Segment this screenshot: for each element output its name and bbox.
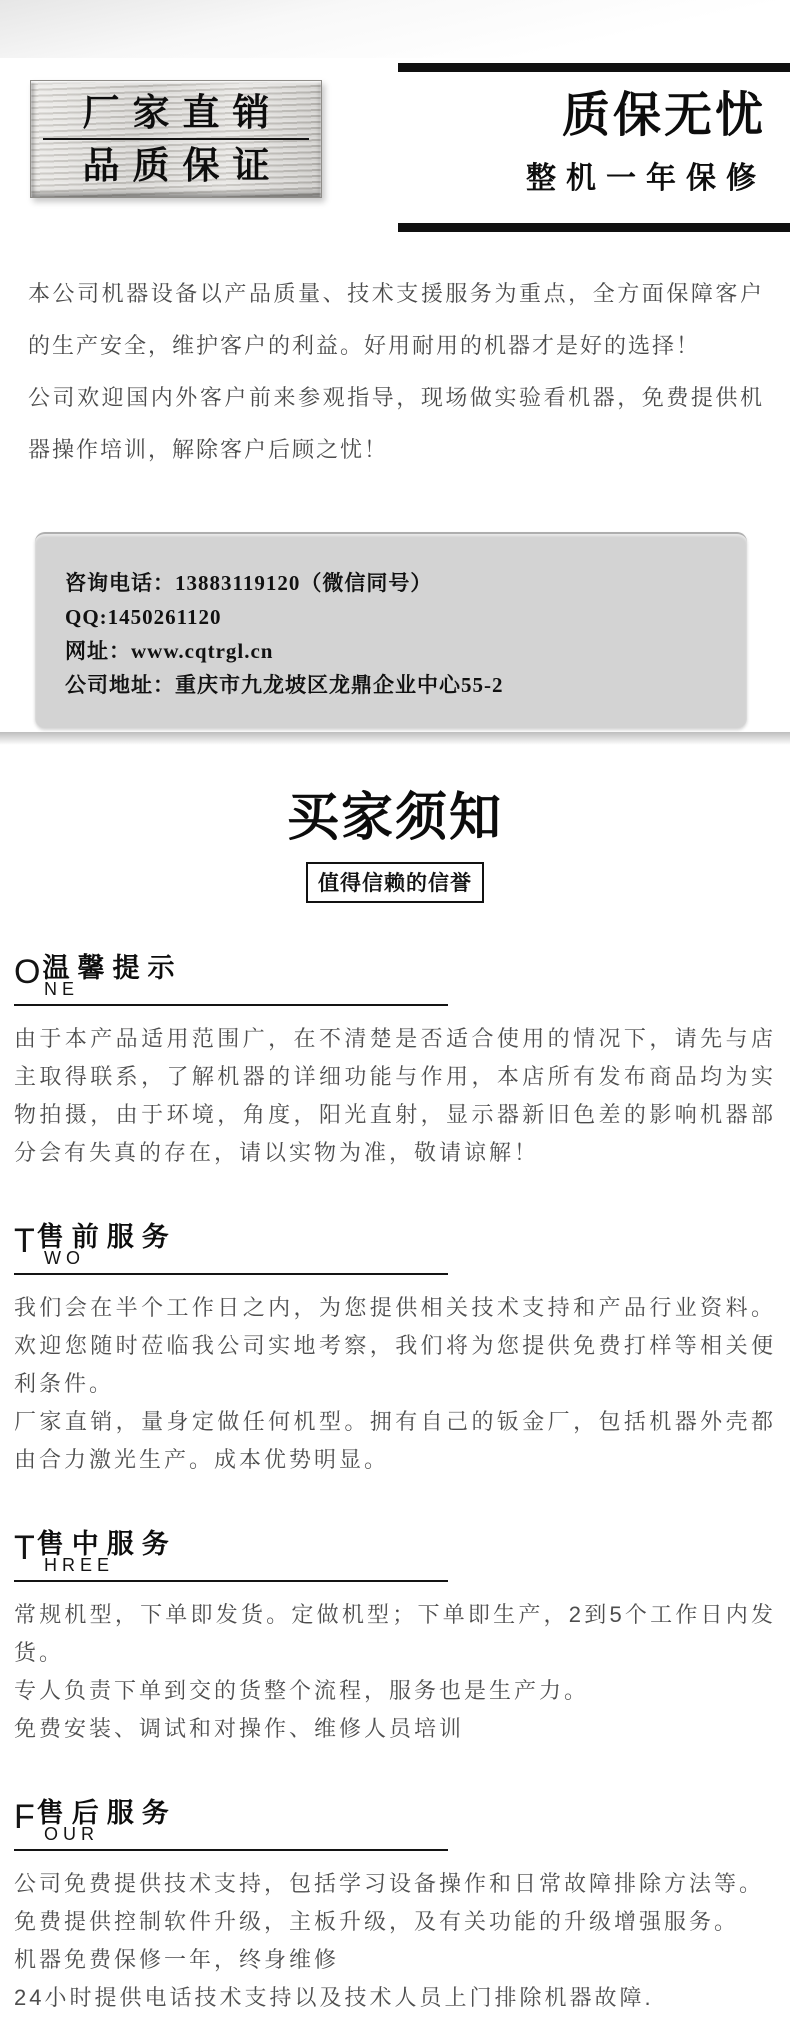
section-three-big-letter: T <box>14 1533 35 1563</box>
section-two-body: 我们会在半个工作日之内，为您提供相关技术支持和产品行业资料。欢迎您随时莅临我公司… <box>14 1289 776 1479</box>
service-sections: O 温馨提示 NE 由于本产品适用范围广，在不清楚是否适合使用的情况下，请先与店… <box>0 957 790 2017</box>
section-four-aftersale-service: F 售后服务 OUR 公司免费提供技术支持，包括学习设备操作和日常故障排除方法等… <box>14 1802 776 2017</box>
buyer-notice-header: 买家须知 值得信赖的信誉 <box>0 775 790 903</box>
badge-line-1: 厂家直销 <box>41 87 311 138</box>
intro-paragraph-2: 公司欢迎国内外客户前来参观指导，现场做实验看机器，免费提供机器操作培训，解除客户… <box>28 372 764 476</box>
section-four-underline <box>14 1849 448 1851</box>
buyer-notice-subtitle: 值得信赖的信誉 <box>306 862 484 903</box>
section-three-underline <box>14 1580 448 1582</box>
warranty-title: 质保无忧 <box>526 90 766 143</box>
section-two-title: 售前服务 <box>37 1222 177 1252</box>
section-one-title: 温馨提示 <box>42 953 182 983</box>
section-two-big-letter: T <box>14 1226 35 1256</box>
warranty-block: 质保无忧 整机一年保修 <box>526 90 766 197</box>
section-two-paragraph-1: 我们会在半个工作日之内，为您提供相关技术支持和产品行业资料。欢迎您随时莅临我公司… <box>14 1289 776 1403</box>
section-divider-shadow <box>0 732 790 745</box>
section-three-paragraph-2: 专人负责下单到交的货整个流程，服务也是生产力。 <box>14 1672 776 1710</box>
buyer-notice-title: 买家须知 <box>0 775 790 850</box>
contact-address: 公司地址：重庆市九龙坡区龙鼎企业中心55-2 <box>65 668 727 702</box>
section-four-header: F 售后服务 OUR <box>14 1802 776 1851</box>
contact-website: 网址：www.cqtrgl.cn <box>65 634 727 668</box>
section-one-warm-tips: O 温馨提示 NE 由于本产品适用范围广，在不清楚是否适合使用的情况下，请先与店… <box>14 957 776 1172</box>
header-bottom-bar <box>398 223 790 232</box>
section-three-paragraph-1: 常规机型，下单即发货。定做机型；下单即生产，2到5个工作日内发货。 <box>14 1596 776 1672</box>
section-four-big-letter: F <box>14 1802 35 1832</box>
section-four-title: 售后服务 <box>37 1798 177 1828</box>
badge-line-2: 品质保证 <box>41 140 311 191</box>
contact-phone: 咨询电话：13883119120（微信同号） <box>65 566 727 600</box>
section-three-midsale-service: T 售中服务 HREE 常规机型，下单即发货。定做机型；下单即生产，2到5个工作… <box>14 1533 776 1748</box>
header-banner: 厂家直销 品质保证 质保无忧 整机一年保修 <box>0 0 790 256</box>
company-intro: 本公司机器设备以产品质量、技术支援服务为重点，全方面保障客户的生产安全，维护客户… <box>0 268 790 476</box>
section-one-header: O 温馨提示 NE <box>14 957 776 1006</box>
section-two-presale-service: T 售前服务 WO 我们会在半个工作日之内，为您提供相关技术支持和产品行业资料。… <box>14 1226 776 1479</box>
metal-badge: 厂家直销 品质保证 <box>30 80 322 198</box>
intro-paragraph-1: 本公司机器设备以产品质量、技术支援服务为重点，全方面保障客户的生产安全，维护客户… <box>28 268 764 372</box>
section-one-big-letter: O <box>14 957 40 987</box>
header-top-bar <box>398 63 790 72</box>
section-three-body: 常规机型，下单即发货。定做机型；下单即生产，2到5个工作日内发货。 专人负责下单… <box>14 1596 776 1748</box>
section-three-title: 售中服务 <box>37 1529 177 1559</box>
section-one-paragraph-1: 由于本产品适用范围广，在不清楚是否适合使用的情况下，请先与店主取得联系，了解机器… <box>14 1020 776 1172</box>
warranty-subtitle: 整机一年保修 <box>526 153 766 197</box>
section-four-paragraph-2: 免费提供控制软件升级，主板升级，及有关功能的升级增强服务。 <box>14 1903 776 1941</box>
section-one-underline <box>14 1004 448 1006</box>
section-four-paragraph-1: 公司免费提供技术支持，包括学习设备操作和日常故障排除方法等。 <box>14 1865 776 1903</box>
section-two-paragraph-2: 厂家直销，量身定做任何机型。拥有自己的钣金厂，包括机器外壳都由合力激光生产。成本… <box>14 1403 776 1479</box>
section-two-header: T 售前服务 WO <box>14 1226 776 1275</box>
section-three-header: T 售中服务 HREE <box>14 1533 776 1582</box>
contact-qq: QQ:1450261120 <box>65 600 727 634</box>
contact-card: 咨询电话：13883119120（微信同号） QQ:1450261120 网址：… <box>35 532 747 728</box>
section-four-paragraph-4: 24小时提供电话技术支持以及技术人员上门排除机器故障. <box>14 1979 776 2017</box>
section-two-underline <box>14 1273 448 1275</box>
section-one-body: 由于本产品适用范围广，在不清楚是否适合使用的情况下，请先与店主取得联系，了解机器… <box>14 1020 776 1172</box>
section-four-body: 公司免费提供技术支持，包括学习设备操作和日常故障排除方法等。 免费提供控制软件升… <box>14 1865 776 2017</box>
buyer-notice-subtitle-wrap: 值得信赖的信誉 <box>0 862 790 903</box>
section-four-paragraph-3: 机器免费保修一年，终身维修 <box>14 1941 776 1979</box>
section-three-paragraph-3: 免费安装、调试和对操作、维修人员培训 <box>14 1710 776 1748</box>
